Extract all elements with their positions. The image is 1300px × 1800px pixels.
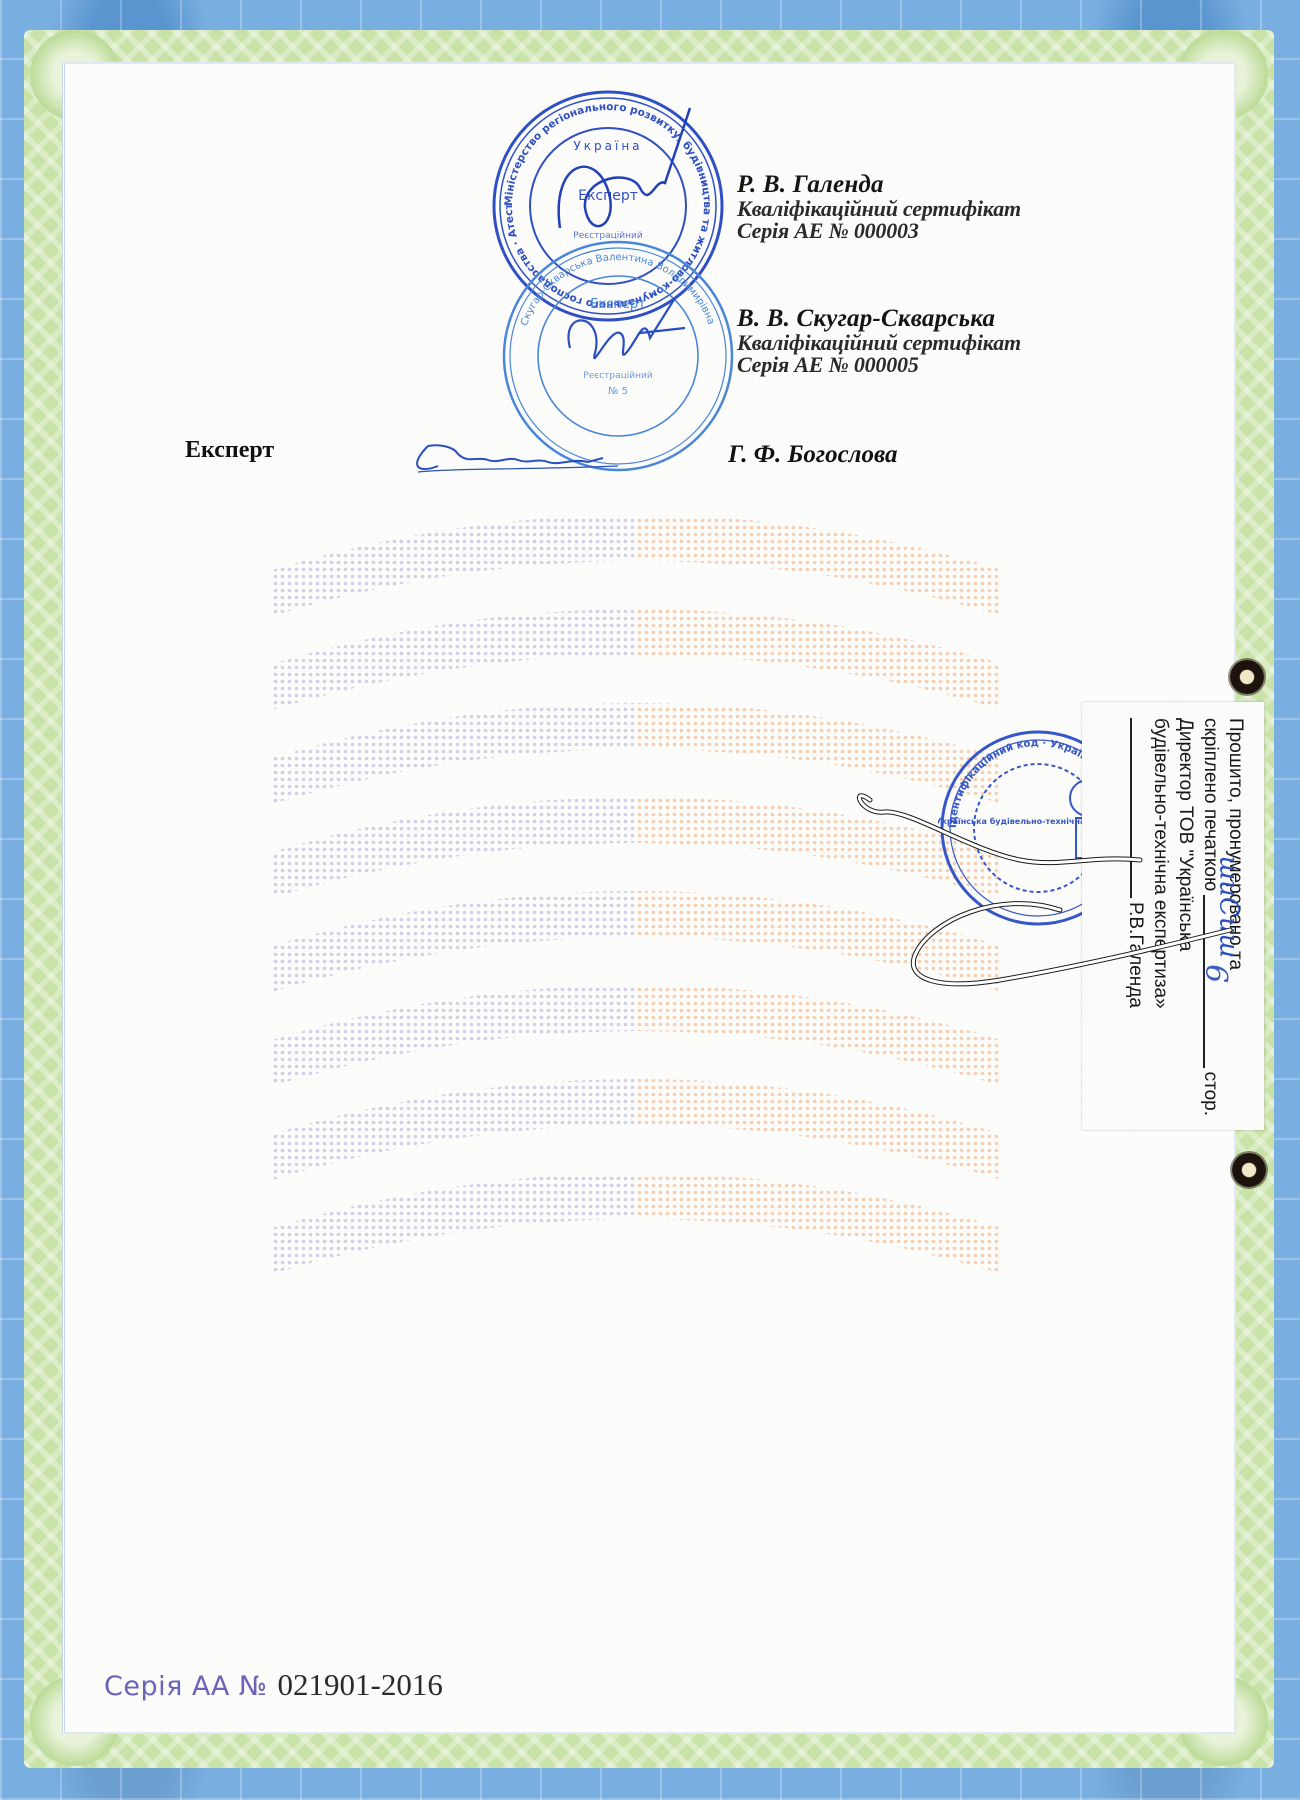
signatory-name: Р. В. Галенда <box>737 172 1021 198</box>
document-series: Серія АА № 021901-2016 <box>104 1667 443 1703</box>
svg-text:№ 5: № 5 <box>608 386 628 397</box>
signatory-skugar-skvarska: В. В. Скугар-Скварська Кваліфікаційний с… <box>737 306 1021 376</box>
series-number: 021901-2016 <box>278 1667 443 1703</box>
signature-rule <box>1130 718 1148 898</box>
series-prefix: Серія АА № <box>104 1671 268 1702</box>
grommet-top <box>1230 660 1264 694</box>
stitch-line-3: Директор ТОВ "Українська <box>1173 718 1198 1116</box>
svg-text:Ідентифікаційний код · Україна: Ідентифікаційний код · Україна <box>948 738 1096 828</box>
watermark-arcs <box>272 510 1002 1370</box>
stitch-line-4: будівельно-технічна експертиза» <box>1148 718 1173 1116</box>
expert-signature <box>398 436 628 476</box>
handwritten-page-count: 6 <box>1203 964 1228 983</box>
certificate-label: Кваліфікаційний сертифікат <box>737 198 1021 220</box>
signatory-name: В. В. Скугар-Скварська <box>737 306 1021 332</box>
certificate-label: Кваліфікаційний сертифікат <box>737 332 1021 354</box>
certificate-number: Серія АЕ № 000003 <box>737 220 1021 242</box>
signatory-galenda: Р. В. Галенда Кваліфікаційний сертифікат… <box>737 172 1021 242</box>
svg-text:Експерт: Експерт <box>590 297 646 312</box>
handwritten-director-signature: шиСиш <box>1213 856 1243 959</box>
expert-name: Г. Ф. Богослова <box>728 441 898 469</box>
certificate-number: Серія АЕ № 000005 <box>737 354 1021 376</box>
stitch-signer-line: Р.В.Галенда <box>1123 718 1148 1116</box>
svg-text:Україна: Україна <box>573 139 642 153</box>
grommet-bottom <box>1232 1153 1266 1187</box>
expert-label: Експерт <box>185 437 274 464</box>
svg-text:Реєстраційний: Реєстраційний <box>583 371 653 381</box>
stitching-certification-label: Прошито, пронумеровано та скріплено печа… <box>1082 702 1264 1130</box>
